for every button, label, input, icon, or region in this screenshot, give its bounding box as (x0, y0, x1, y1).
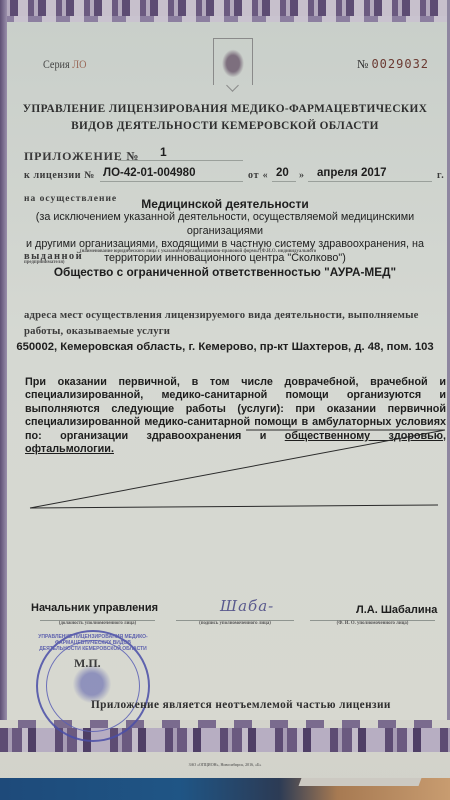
year-suffix: г. (437, 170, 445, 181)
printer-imprint: ЗАО «ОПЦИОН», Новосибирск, 2016, «Б» (0, 762, 450, 767)
series-label: Серия (43, 57, 70, 71)
services-text: При оказании первичной, в том числе довр… (25, 376, 446, 456)
day-underline (272, 181, 296, 182)
double-headed-eagle-icon (220, 47, 246, 77)
official-seal: УПРАВЛЕНИЕ ЛИЦЕНЗИРОВАНИЯ МЕДИКО-ФАРМАЦЕ… (36, 630, 150, 742)
appendix-label: ПРИЛОЖЕНИЕ № (24, 149, 139, 164)
number-sign: № (357, 57, 368, 71)
activity-note-line-1: (за исключением указанной деятельности, … (10, 211, 440, 238)
authority-line-2: ВИДОВ ДЕЯТЕЛЬНОСТИ КЕМЕРОВСКОЙ ОБЛАСТИ (0, 118, 450, 135)
footer-note: Приложение является неотъемлемой частью … (91, 699, 391, 711)
license-label: к лицензии № (24, 170, 95, 181)
seal-place-label: М.П. (74, 656, 101, 671)
date-from-label: от « (248, 170, 268, 181)
organization-name: Общество с ограниченной ответственностью… (0, 265, 450, 279)
series: Серия ЛО (43, 57, 87, 72)
russian-coat-of-arms-icon (213, 38, 253, 85)
seal-ring-text: УПРАВЛЕНИЕ ЛИЦЕНЗИРОВАНИЯ МЕДИКО-ФАРМАЦЕ… (38, 634, 148, 652)
issuing-authority: УПРАВЛЕНИЕ ЛИЦЕНЗИРОВАНИЯ МЕДИКО-ФАРМАЦЕ… (0, 101, 450, 135)
appendix-underline (118, 160, 243, 161)
issued-hint: (наименование юридического лица с указан… (80, 249, 446, 256)
form-number: № 0029032 (357, 57, 429, 72)
address-value: 650002, Кемеровская область, г. Кемерово… (0, 341, 450, 353)
appendix-number: 1 (160, 145, 167, 159)
date-quote-close: » (299, 170, 305, 181)
position-caption: (должность уполномоченного лица) (40, 621, 155, 626)
signatory-position: Начальник управления (31, 602, 158, 614)
form-number-value: 0029032 (371, 57, 429, 71)
license-appendix-document: ЗАО «ОПЦИОН», Новосибирск, 2016, «Б» Сер… (0, 0, 450, 800)
month-underline (308, 181, 432, 182)
series-code: ЛО (72, 57, 86, 71)
name-caption: (Ф. И. О. уполномоченного лица) (310, 621, 435, 626)
license-month-year: апреля 2017 (317, 167, 387, 179)
authority-line-1: УПРАВЛЕНИЕ ЛИЦЕНЗИРОВАНИЯ МЕДИКО-ФАРМАЦЕ… (0, 101, 450, 118)
signatory-name: Л.А. Шабалина (356, 604, 437, 616)
signature-caption: (подпись уполномоченного лица) (176, 621, 294, 626)
guilloche-border-top (0, 0, 450, 24)
address-label: адреса мест осуществления лицензируемого… (24, 307, 444, 339)
license-underline (100, 181, 243, 182)
desk-paper-scrap (299, 778, 422, 786)
activity-title: Медицинской деятельности (0, 197, 450, 211)
license-day: 20 (276, 167, 289, 179)
handwritten-signature: Шаба- (220, 597, 274, 615)
license-number: ЛО-42-01-004980 (103, 167, 195, 179)
